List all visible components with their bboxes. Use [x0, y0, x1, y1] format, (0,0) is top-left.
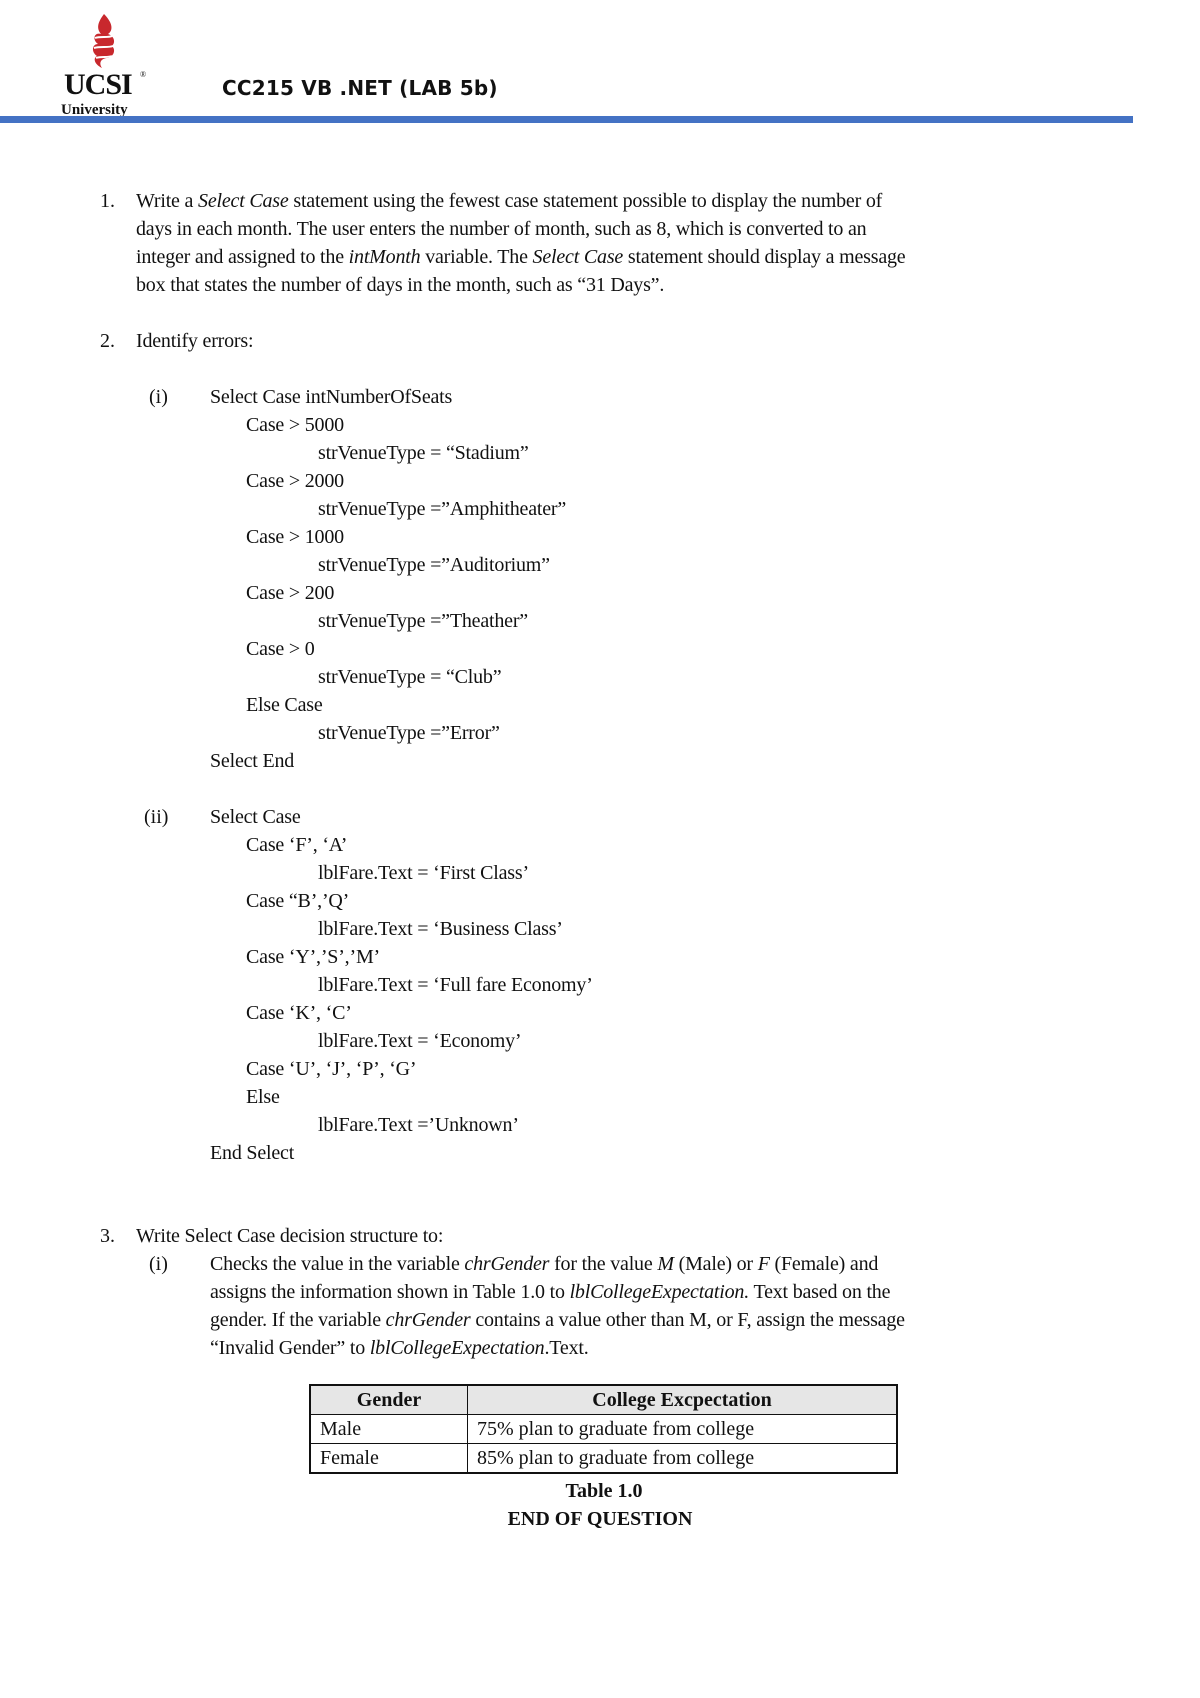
header-college-expectation: College Excpectation	[468, 1385, 898, 1415]
page-header: UCSI ® University CC215 VB .NET (LAB 5b)	[0, 0, 1200, 130]
code-line: Select End	[210, 747, 294, 775]
logo-brand: UCSI	[64, 70, 132, 100]
q2-text: Identify errors:	[136, 327, 253, 355]
code-line: Else Case	[246, 691, 323, 719]
code-line: lblFare.Text = ‘Full fare Economy’	[318, 971, 593, 999]
text: integer and assigned to the	[136, 246, 349, 268]
text: Checks the value in the variable	[210, 1253, 464, 1275]
emphasis: chrGender	[464, 1253, 549, 1275]
text: for the value	[549, 1253, 657, 1275]
header-gender: Gender	[310, 1385, 468, 1415]
emphasis: Select Case	[533, 246, 624, 268]
table-row: Female 85% plan to graduate from college	[310, 1444, 897, 1474]
code-line: Case ‘U’, ‘J’, ‘P’, ‘G’	[246, 1055, 416, 1083]
code-line: End Select	[210, 1139, 294, 1167]
code-line: strVenueType = “Club”	[318, 663, 501, 691]
code-line: lblFare.Text = ‘Business Class’	[318, 915, 563, 943]
emphasis: lblCollegeExpectation	[370, 1337, 545, 1359]
text: contains a value other than M, or F, ass…	[471, 1309, 905, 1331]
q3-line-1: Checks the value in the variable chrGend…	[210, 1250, 878, 1278]
text: Text based on the	[749, 1281, 890, 1303]
text: box that states the number of days in th…	[136, 274, 664, 296]
text: Write a	[136, 190, 198, 212]
text: (Male) or	[674, 1253, 758, 1275]
cell-gender: Male	[310, 1415, 468, 1444]
header-rule	[0, 116, 1133, 123]
question-number: 1.	[100, 187, 115, 215]
code-line: Case > 0	[246, 635, 315, 663]
q3-text: Write Select Case decision structure to:	[136, 1222, 443, 1250]
logo-registered-mark: ®	[140, 70, 146, 79]
code-line: Case ‘Y’,’S’,’M’	[246, 943, 380, 971]
q1-line-2: days in each month. The user enters the …	[136, 215, 867, 243]
q3-line-4: “Invalid Gender” to lblCollegeExpectatio…	[210, 1334, 589, 1362]
cell-expectation: 85% plan to graduate from college	[468, 1444, 898, 1474]
emphasis: M	[657, 1253, 673, 1275]
emphasis: chrGender	[386, 1309, 471, 1331]
code-line: strVenueType =”Error”	[318, 719, 500, 747]
code-line: Select Case	[210, 803, 301, 831]
table-caption: Table 1.0	[4, 1477, 1200, 1505]
code-line: Case ‘F’, ‘A’	[246, 831, 347, 859]
ucsi-logo: UCSI ® University	[58, 14, 148, 114]
text: statement should display a message	[623, 246, 905, 268]
emphasis: Select Case	[198, 190, 289, 212]
q3-line-2: assigns the information shown in Table 1…	[210, 1278, 890, 1306]
question-number: 3.	[100, 1222, 115, 1250]
end-of-question: END OF QUESTION	[0, 1505, 1200, 1533]
code-line: strVenueType =”Amphitheater”	[318, 495, 566, 523]
text: days in each month. The user enters the …	[136, 218, 867, 240]
text: assigns the information shown in Table 1…	[210, 1281, 570, 1303]
text: gender. If the variable	[210, 1309, 386, 1331]
text: “Invalid Gender” to	[210, 1337, 370, 1359]
code-line: Select Case intNumberOfSeats	[210, 383, 452, 411]
code-line: lblFare.Text = ‘Economy’	[318, 1027, 521, 1055]
emphasis: intMonth	[349, 246, 421, 268]
college-expectation-table: Gender College Excpectation Male 75% pla…	[309, 1384, 898, 1474]
table-header-row: Gender College Excpectation	[310, 1385, 897, 1415]
q1-line-4: box that states the number of days in th…	[136, 271, 664, 299]
code-line: lblFare.Text = ‘First Class’	[318, 859, 529, 887]
cell-gender: Female	[310, 1444, 468, 1474]
q1-line-1: Write a Select Case statement using the …	[136, 187, 882, 215]
code-line: lblFare.Text =’Unknown’	[318, 1111, 519, 1139]
code-line: Case > 5000	[246, 411, 344, 439]
code-line: strVenueType = “Stadium”	[318, 439, 529, 467]
document-title: CC215 VB .NET (LAB 5b)	[222, 76, 498, 100]
text: .Text.	[544, 1337, 588, 1359]
table-row: Male 75% plan to graduate from college	[310, 1415, 897, 1444]
flame-icon	[88, 14, 118, 68]
part-label: (i)	[149, 1250, 168, 1278]
code-line: Case ‘K’, ‘C’	[246, 999, 352, 1027]
cell-expectation: 75% plan to graduate from college	[468, 1415, 898, 1444]
code-line: strVenueType =”Auditorium”	[318, 551, 550, 579]
text: (Female) and	[770, 1253, 878, 1275]
part-label: (ii)	[144, 803, 168, 831]
emphasis: lblCollegeExpectation.	[570, 1281, 749, 1303]
code-line: Case > 1000	[246, 523, 344, 551]
text: statement using the fewest case statemen…	[289, 190, 883, 212]
code-line: strVenueType =”Theather”	[318, 607, 528, 635]
q1-line-3: integer and assigned to the intMonth var…	[136, 243, 905, 271]
question-number: 2.	[100, 327, 115, 355]
code-line: Case > 2000	[246, 467, 344, 495]
part-label: (i)	[149, 383, 168, 411]
q3-line-3: gender. If the variable chrGender contai…	[210, 1306, 905, 1334]
code-line: Case > 200	[246, 579, 334, 607]
emphasis: F	[758, 1253, 770, 1275]
code-line: Else	[246, 1083, 280, 1111]
code-line: Case “B’,’Q’	[246, 887, 349, 915]
text: variable. The	[420, 246, 532, 268]
